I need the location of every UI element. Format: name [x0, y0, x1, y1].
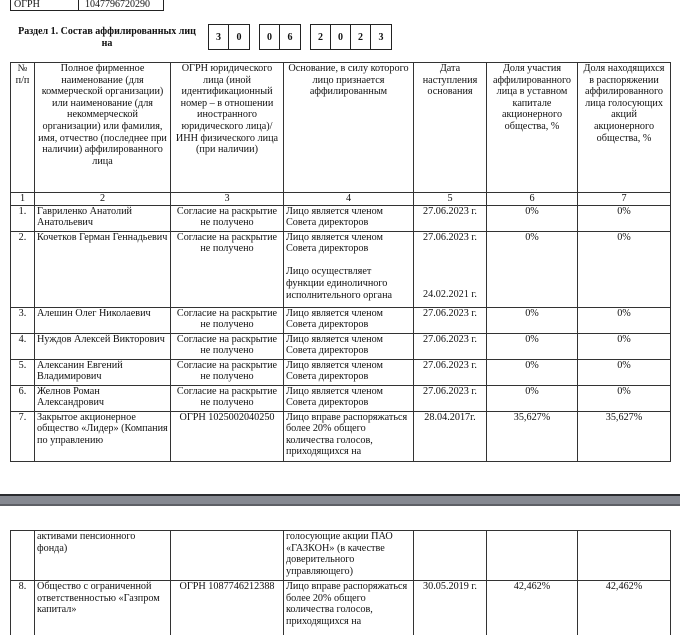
share-capital: 0% — [487, 205, 578, 231]
table-row: 8. Общество с ограниченной ответственнос… — [11, 581, 671, 635]
affiliate-ogrn: ОГРН 1025002040250 — [171, 411, 284, 461]
affiliation-basis: Лицо является членом Совета директоров — [284, 333, 414, 359]
affiliate-ogrn: Согласие на раскрытие не получено — [171, 231, 284, 307]
share-capital: 42,462% — [487, 581, 578, 635]
share-capital: 35,627% — [487, 411, 578, 461]
affiliation-basis: Лицо является членом Совета директоров — [284, 307, 414, 333]
col-number: 7 — [578, 193, 671, 206]
col-header-basis: Основание, в силу которого лицо признает… — [284, 63, 414, 193]
table-row: активами пенсионного фонда) голосующие а… — [11, 531, 671, 581]
affiliation-basis: Лицо является членом Совета директоров — [284, 205, 414, 231]
affiliates-table-continued: активами пенсионного фонда) голосующие а… — [10, 530, 671, 635]
table-row: 6. Желнов Роман Александрович Согласие н… — [11, 385, 671, 411]
affiliation-basis: голосующие акции ПАО «ГАЗКОН» (в качеств… — [284, 531, 414, 581]
share-votes: 0% — [578, 333, 671, 359]
share-capital: 0% — [487, 333, 578, 359]
affiliate-name: Кочетков Герман Геннадьевич — [35, 231, 171, 307]
affiliate-ogrn: ОГРН 1087746212388 — [171, 581, 284, 635]
basis-date: 27.06.2023 г. — [414, 385, 487, 411]
table-row: 3. Алешин Олег Николаевич Согласие на ра… — [11, 307, 671, 333]
col-number: 1 — [11, 193, 35, 206]
basis-line: Лицо является членом Совета директоров — [286, 232, 411, 255]
col-number: 6 — [487, 193, 578, 206]
basis-date — [414, 531, 487, 581]
date-day: 3 0 — [208, 24, 250, 50]
col-header-date: Дата наступления основания — [414, 63, 487, 193]
col-header-no: № п/п — [11, 63, 35, 193]
affiliates-table: № п/п Полное фирменное наименование (для… — [10, 62, 671, 462]
date-digit: 3 — [371, 25, 391, 49]
date-digit: 0 — [260, 25, 280, 49]
col-header-name: Полное фирменное наименование (для комме… — [35, 63, 171, 193]
page-separator — [0, 494, 680, 506]
col-header-ogrn: ОГРН юридического лица (иной идентификац… — [171, 63, 284, 193]
table-row: 1. Гавриленко Анатолий Анатольевич Согла… — [11, 205, 671, 231]
share-votes — [578, 531, 671, 581]
date-year: 2 0 2 3 — [310, 24, 392, 50]
row-number — [11, 531, 35, 581]
affiliate-ogrn — [171, 531, 284, 581]
share-votes: 0% — [578, 205, 671, 231]
date-digit: 3 — [209, 25, 229, 49]
col-number: 5 — [414, 193, 487, 206]
affiliate-name: активами пенсионного фонда) — [35, 531, 171, 581]
share-votes: 0% — [578, 385, 671, 411]
share-votes: 35,627% — [578, 411, 671, 461]
table-row: 7. Закрытое акционерное общество «Лидер»… — [11, 411, 671, 461]
col-number: 2 — [35, 193, 171, 206]
row-number: 7. — [11, 411, 35, 461]
col-header-share-capital: Доля участия аффилированного лица в уста… — [487, 63, 578, 193]
date-digit: 2 — [351, 25, 371, 49]
table-row: 2. Кочетков Герман Геннадьевич Согласие … — [11, 231, 671, 307]
basis-date: 27.06.2023 г. — [414, 307, 487, 333]
ogrn-box: ОГРН 1047796720290 — [10, 0, 164, 11]
date-digit: 0 — [331, 25, 351, 49]
affiliate-name: Нуждов Алексей Викторович — [35, 333, 171, 359]
share-capital: 0% — [487, 231, 578, 307]
ogrn-value: 1047796720290 — [79, 0, 163, 10]
basis-date: 27.06.2023 г. — [414, 333, 487, 359]
row-number: 4. — [11, 333, 35, 359]
affiliation-basis: Лицо вправе распоряжаться более 20% обще… — [284, 581, 414, 635]
share-capital: 0% — [487, 359, 578, 385]
share-capital: 0% — [487, 385, 578, 411]
share-votes: 0% — [578, 359, 671, 385]
share-capital: 0% — [487, 307, 578, 333]
row-number: 8. — [11, 581, 35, 635]
ogrn-label: ОГРН — [11, 0, 79, 10]
affiliate-name: Общество с ограниченной ответственностью… — [35, 581, 171, 635]
col-number: 4 — [284, 193, 414, 206]
affiliate-name: Закрытое акционерное общество «Лидер» (К… — [35, 411, 171, 461]
col-number: 3 — [171, 193, 284, 206]
affiliation-basis: Лицо является членом Совета директоров — [284, 385, 414, 411]
affiliate-ogrn: Согласие на раскрытие не получено — [171, 307, 284, 333]
row-number: 1. — [11, 205, 35, 231]
basis-line: Лицо осуществляет функции единоличного и… — [286, 266, 411, 301]
affiliate-ogrn: Согласие на раскрытие не получено — [171, 333, 284, 359]
affiliation-basis: Лицо является членом Совета директоров Л… — [284, 231, 414, 307]
share-votes: 0% — [578, 231, 671, 307]
share-capital — [487, 531, 578, 581]
table-row: 5. Алексанин Евгений Владимирович Соглас… — [11, 359, 671, 385]
affiliate-name: Желнов Роман Александрович — [35, 385, 171, 411]
date-line: 24.02.2021 г. — [416, 289, 484, 301]
affiliate-ogrn: Согласие на раскрытие не получено — [171, 205, 284, 231]
basis-date: 27.06.2023 г. 24.02.2021 г. — [414, 231, 487, 307]
row-number: 6. — [11, 385, 35, 411]
share-votes: 42,462% — [578, 581, 671, 635]
col-header-share-votes: Доля находящихся в распоряжении аффилиро… — [578, 63, 671, 193]
date-digit: 2 — [311, 25, 331, 49]
basis-date: 28.04.2017г. — [414, 411, 487, 461]
basis-date: 27.06.2023 г. — [414, 205, 487, 231]
table-header-row: № п/п Полное фирменное наименование (для… — [11, 63, 671, 193]
basis-date: 30.05.2019 г. — [414, 581, 487, 635]
affiliation-basis: Лицо является членом Совета директоров — [284, 359, 414, 385]
affiliate-name: Гавриленко Анатолий Анатольевич — [35, 205, 171, 231]
row-number: 3. — [11, 307, 35, 333]
affiliate-name: Алексанин Евгений Владимирович — [35, 359, 171, 385]
date-line: 27.06.2023 г. — [416, 232, 484, 244]
affiliate-ogrn: Согласие на раскрытие не получено — [171, 359, 284, 385]
share-votes: 0% — [578, 307, 671, 333]
date-digit: 6 — [280, 25, 300, 49]
section-title: Раздел 1. Состав аффилированных лиц на — [14, 26, 200, 50]
affiliate-ogrn: Согласие на раскрытие не получено — [171, 385, 284, 411]
basis-date: 27.06.2023 г. — [414, 359, 487, 385]
row-number: 2. — [11, 231, 35, 307]
table-row: 4. Нуждов Алексей Викторович Согласие на… — [11, 333, 671, 359]
affiliation-basis: Лицо вправе распоряжаться более 20% обще… — [284, 411, 414, 461]
affiliate-name: Алешин Олег Николаевич — [35, 307, 171, 333]
date-digit: 0 — [229, 25, 249, 49]
row-number: 5. — [11, 359, 35, 385]
date-month: 0 6 — [259, 24, 301, 50]
column-number-row: 1 2 3 4 5 6 7 — [11, 193, 671, 206]
